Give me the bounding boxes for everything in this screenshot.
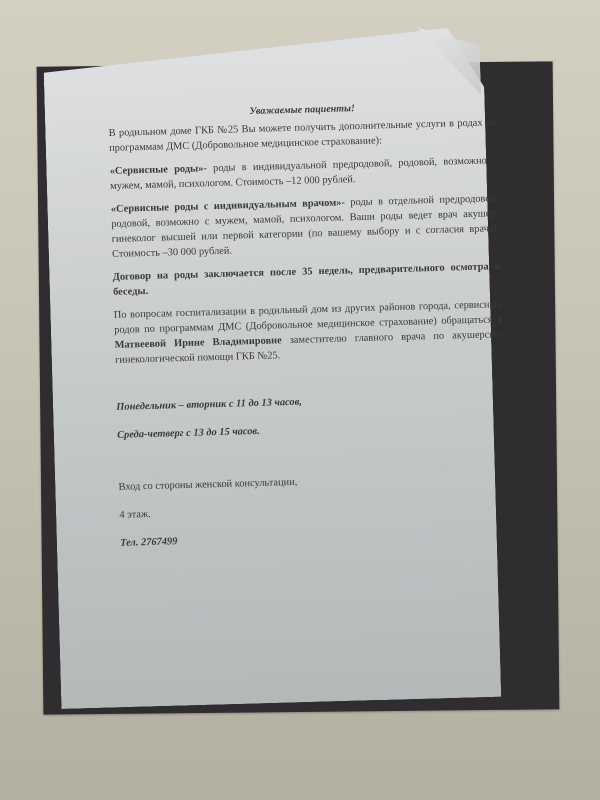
service-doctor-name: «Сервисные роды с индивидуальным врачом»…	[111, 197, 345, 215]
contract-paragraph: Договор на роды заключается после 35 нед…	[113, 259, 502, 300]
contact-person: Матвеевой Ирине Владимировне	[114, 335, 281, 351]
phone-number: Тел. 2767499	[120, 525, 508, 551]
service-doctor-paragraph: «Сервисные роды с индивидуальным врачом»…	[111, 191, 501, 262]
service-standard-name: «Сервисные роды»-	[110, 163, 207, 177]
floor-text: 4 этаж.	[119, 497, 507, 523]
contact-paragraph: По вопросам госпитализации в родильный д…	[114, 297, 504, 368]
hours-wed-thu: Среда-четверг с 13 до 15 часов.	[117, 417, 505, 443]
notice-content: Уважаемые пациенты! В родильном доме ГКБ…	[108, 97, 509, 561]
service-standard-paragraph: «Сервисные роды»- роды в индивидуальной …	[110, 153, 499, 194]
